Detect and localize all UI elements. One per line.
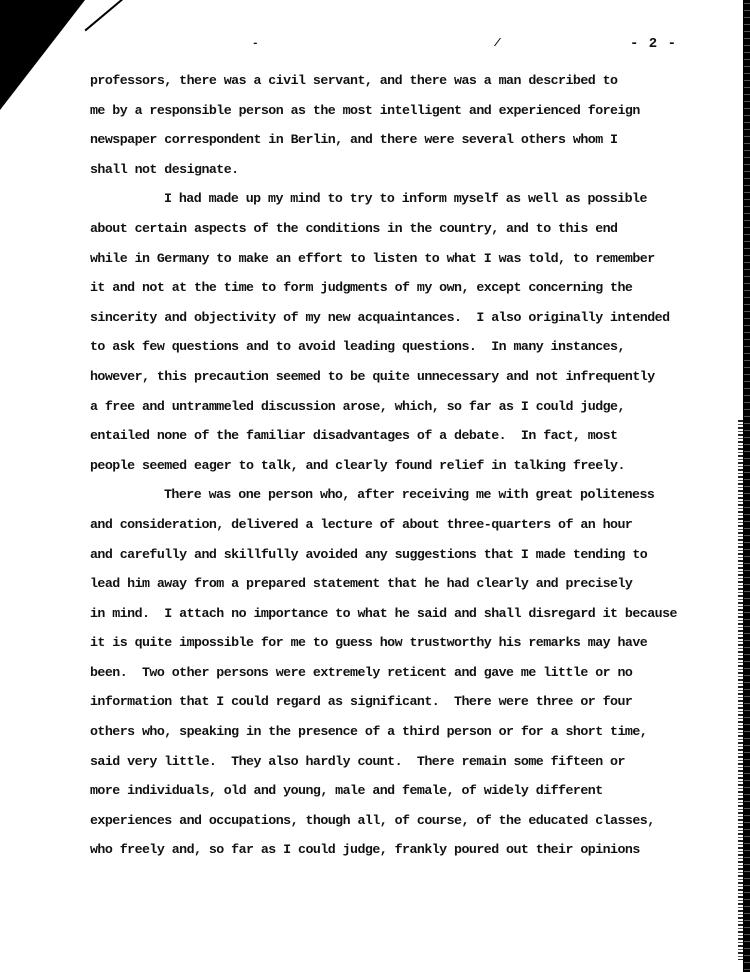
text-line: in mind. I attach no importance to what … bbox=[90, 599, 720, 629]
paragraph-2: I had made up my mind to try to inform m… bbox=[90, 184, 720, 480]
text-line: newspaper correspondent in Berlin, and t… bbox=[90, 125, 720, 155]
scan-right-edge-noise bbox=[738, 420, 743, 960]
text-line: more individuals, old and young, male an… bbox=[90, 776, 720, 806]
text-line: professors, there was a civil servant, a… bbox=[90, 66, 720, 96]
paragraph-1: professors, there was a civil servant, a… bbox=[90, 66, 720, 184]
text-line: me by a responsible person as the most i… bbox=[90, 96, 720, 126]
stray-mark: - bbox=[252, 38, 259, 50]
scan-corner-shadow bbox=[0, 0, 85, 110]
text-line: to ask few questions and to avoid leadin… bbox=[90, 332, 720, 362]
text-line: entailed none of the familiar disadvanta… bbox=[90, 421, 720, 451]
text-line: There was one person who, after receivin… bbox=[90, 480, 720, 510]
text-line: said very little. They also hardly count… bbox=[90, 747, 720, 777]
text-line: experiences and occupations, though all,… bbox=[90, 806, 720, 836]
text-line: and consideration, delivered a lecture o… bbox=[90, 510, 720, 540]
text-line: lead him away from a prepared statement … bbox=[90, 569, 720, 599]
text-line: while in Germany to make an effort to li… bbox=[90, 244, 720, 274]
text-line: it is quite impossible for me to guess h… bbox=[90, 628, 720, 658]
text-line: and carefully and skillfully avoided any… bbox=[90, 540, 720, 570]
text-line: shall not designate. bbox=[90, 155, 720, 185]
page-number: - 2 - bbox=[630, 36, 677, 52]
text-line: a free and untrammeled discussion arose,… bbox=[90, 392, 720, 422]
handwritten-pen-mark bbox=[84, 0, 125, 31]
stray-mark: / bbox=[494, 38, 501, 50]
paragraph-3: There was one person who, after receivin… bbox=[90, 480, 720, 865]
text-line: been. Two other persons were extremely r… bbox=[90, 658, 720, 688]
text-line: information that I could regard as signi… bbox=[90, 687, 720, 717]
scan-right-edge bbox=[744, 0, 750, 972]
text-line: about certain aspects of the conditions … bbox=[90, 214, 720, 244]
text-line: people seemed eager to talk, and clearly… bbox=[90, 451, 720, 481]
text-line: it and not at the time to form judgments… bbox=[90, 273, 720, 303]
text-line: sincerity and objectivity of my new acqu… bbox=[90, 303, 720, 333]
text-line: others who, speaking in the presence of … bbox=[90, 717, 720, 747]
document-body: professors, there was a civil servant, a… bbox=[90, 66, 720, 865]
text-line: who freely and, so far as I could judge,… bbox=[90, 835, 720, 865]
text-line: I had made up my mind to try to inform m… bbox=[90, 184, 720, 214]
text-line: however, this precaution seemed to be qu… bbox=[90, 362, 720, 392]
